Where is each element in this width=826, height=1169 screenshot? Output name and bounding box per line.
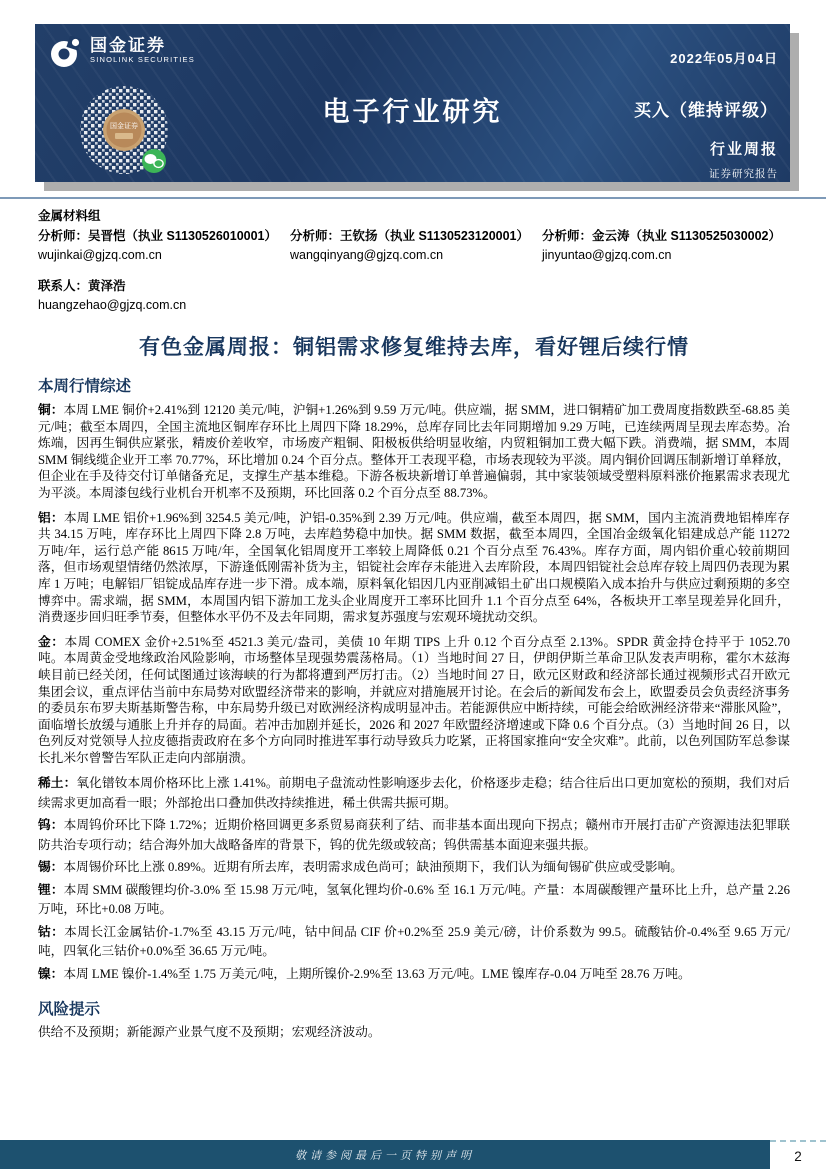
paragraph-text: 氧化镨钕本周价格环比上涨 1.41%。前期电子盘流动性影响逐步去化，价格逐步走稳… <box>38 776 790 810</box>
analyst-group-title: 金属材料组 <box>38 207 790 225</box>
paragraph-copper: 铜：本周 LME 铜价+2.41%到 12120 美元/吨，沪铜+1.26%到 … <box>38 402 790 502</box>
footer-disclaimer-text: 敬请参阅最后一页特别声明 <box>295 1147 475 1163</box>
metal-label: 钨： <box>38 818 64 832</box>
metal-label: 金： <box>38 635 65 649</box>
paragraph-tin: 锡：本周锡价环比上涨 0.89%。近期有所去库，表明需求成色尚可；缺油预期下，我… <box>38 858 790 878</box>
metal-label: 锡： <box>38 860 63 874</box>
brand-name-en: SINOLINK SECURITIES <box>90 55 195 65</box>
contact-block: 联系人：黄泽浩 huangzehao@gjzq.com.cn <box>38 277 790 315</box>
paragraph-nickel: 镍：本周 LME 镍价-1.4%至 1.75 万美元/吨，上期所镍价-2.9%至… <box>38 965 790 985</box>
contact-name: 联系人：黄泽浩 <box>38 277 790 296</box>
rating-label: 买入（维持评级） <box>634 96 778 121</box>
analyst-name: 分析师：金云涛（执业 S1130525030002） <box>542 227 790 246</box>
paragraph-rare-earth: 稀土：氧化镨钕本周价格环比上涨 1.41%。前期电子盘流动性影响逐步去化，价格逐… <box>38 774 790 813</box>
page-number-box: 2 <box>770 1140 826 1169</box>
contact-email: huangzehao@gjzq.com.cn <box>38 296 790 315</box>
paragraph-text: 本周 COMEX 金价+2.51%至 4521.3 美元/盎司，美债 10 年期… <box>38 635 790 765</box>
metal-label: 稀土： <box>38 776 76 790</box>
report-date: 2022年05月04日 <box>670 48 778 67</box>
report-body: 金属材料组 分析师：吴晋恺（执业 S1130526010001） wujinka… <box>38 207 790 1042</box>
paragraph-gold: 金：本周 COMEX 金价+2.51%至 4521.3 美元/盎司，美债 10 … <box>38 634 790 767</box>
report-header-banner: 国金证券 SINOLINK SECURITIES 2022年05月04日 国金证… <box>35 24 790 182</box>
paragraph-text: 本周 LME 铝价+1.96%到 3254.5 美元/吨，沪铝-0.35%到 2… <box>38 511 790 625</box>
brand-name-cn: 国金证券 <box>90 36 195 55</box>
analyst-email: jinyuntao@gjzq.com.cn <box>542 246 790 265</box>
metal-label: 锂： <box>38 883 64 897</box>
section-heading-weekly-summary: 本周行情综述 <box>38 374 790 396</box>
section-heading-risk: 风险提示 <box>38 997 790 1019</box>
analyst-email: wangqinyang@gjzq.com.cn <box>290 246 542 265</box>
analyst-column: 分析师：金云涛（执业 S1130525030002） jinyuntao@gjz… <box>542 227 790 265</box>
analyst-column: 分析师：王钦扬（执业 S1130523120001） wangqinyang@g… <box>290 227 542 265</box>
analyst-grid: 分析师：吴晋恺（执业 S1130526010001） wujinkai@gjzq… <box>38 227 790 265</box>
paragraph-tungsten: 钨：本周钨价环比下降 1.72%；近期价格回调更多系贸易商获利了结、而非基本面出… <box>38 816 790 855</box>
report-tag-label: 证券研究报告 <box>634 166 778 181</box>
report-page: 国金证券 SINOLINK SECURITIES 2022年05月04日 国金证… <box>0 0 826 1169</box>
analyst-name: 分析师：吴晋恺（执业 S1130526010001） <box>38 227 290 246</box>
sinolink-logo-icon <box>49 36 83 75</box>
summary-paragraphs: 铜：本周 LME 铜价+2.41%到 12120 美元/吨，沪铜+1.26%到 … <box>38 402 790 984</box>
analyst-email: wujinkai@gjzq.com.cn <box>38 246 290 265</box>
analyst-name: 分析师：王钦扬（执业 S1130523120001） <box>290 227 542 246</box>
analyst-column: 分析师：吴晋恺（执业 S1130526010001） wujinkai@gjzq… <box>38 227 290 265</box>
paragraph-text: 本周 LME 铜价+2.41%到 12120 美元/吨，沪铜+1.26%到 9.… <box>38 403 790 500</box>
metal-label: 镍： <box>38 967 63 981</box>
report-title: 有色金属周报：铜铝需求修复维持去库，看好锂后续行情 <box>38 331 790 361</box>
banner-right-block: 买入（维持评级） 行业周报 证券研究报告 <box>634 96 778 181</box>
paragraph-aluminum: 铝：本周 LME 铝价+1.96%到 3254.5 美元/吨，沪铝-0.35%到… <box>38 510 790 626</box>
paragraph-text: 本周 SMM 碳酸锂均价-3.0% 至 15.98 万元/吨，氢氧化锂均价-0.… <box>38 883 790 917</box>
paragraph-text: 本周钨价环比下降 1.72%；近期价格回调更多系贸易商获利了结、而非基本面出现向… <box>38 818 790 852</box>
metal-label: 铝： <box>38 511 64 525</box>
paragraph-text: 本周 LME 镍价-1.4%至 1.75 万美元/吨，上期所镍价-2.9%至 1… <box>63 967 690 981</box>
metal-label: 钴： <box>38 925 64 939</box>
paragraph-text: 本周长江金属钴价-1.7%至 43.15 万元/吨，钴中间品 CIF 价+0.2… <box>38 925 790 959</box>
paragraph-cobalt: 钴：本周长江金属钴价-1.7%至 43.15 万元/吨，钴中间品 CIF 价+0… <box>38 923 790 962</box>
brand-block: 国金证券 SINOLINK SECURITIES <box>49 36 195 75</box>
footer-disclaimer-bar: 敬请参阅最后一页特别声明 <box>0 1140 770 1169</box>
header-divider <box>0 197 826 199</box>
report-kind-label: 行业周报 <box>634 138 778 159</box>
page-number: 2 <box>794 1149 802 1164</box>
paragraph-lithium: 锂：本周 SMM 碳酸锂均价-3.0% 至 15.98 万元/吨，氢氧化锂均价-… <box>38 881 790 920</box>
risk-text: 供给不及预期；新能源产业景气度不及预期；宏观经济波动。 <box>38 1023 790 1042</box>
metal-label: 铜： <box>38 403 63 417</box>
paragraph-text: 本周锡价环比上涨 0.89%。近期有所去库，表明需求成色尚可；缺油预期下，我们认… <box>63 860 683 874</box>
